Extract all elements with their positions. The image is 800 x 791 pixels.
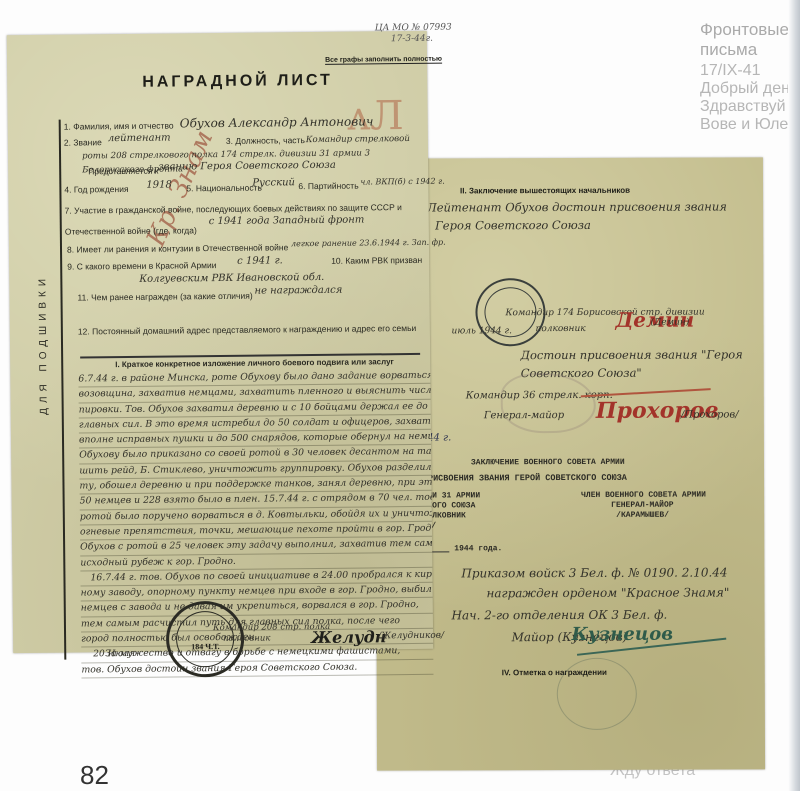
- corps-conclusion-line: Достоин присвоения звания "Героя: [521, 347, 743, 362]
- fill-all-note: Все графы заполнить полностью: [325, 56, 442, 65]
- field-value-presented: званию Героя Советского Союза: [158, 160, 336, 173]
- field-label-birth-year: 4. Год рождения: [64, 184, 128, 195]
- army-council-member-line: ЧЛЕН ВОЕННОГО СОВЕТА АРМИИ: [581, 491, 706, 500]
- stamp-text: 184 Ч.Т.: [191, 642, 219, 651]
- binding-label: ДЛЯ ПОДШИВКИ: [37, 274, 49, 415]
- division-date: июль 1944 г.: [452, 326, 512, 336]
- section-2-title: II. Заключение вышестоящих начальников: [460, 186, 630, 196]
- order-line: Приказом войск 3 Бел. ф. № 0190. 2.10.44: [461, 565, 727, 580]
- background-line: Вове и Юле. Всем привет: [700, 116, 800, 134]
- field-value-army-since: с 1941 г.: [237, 255, 283, 266]
- field-label-nationality: 5. Национальность: [186, 183, 262, 194]
- background-line: Здравствуй папа, мама, пишу: [700, 98, 800, 116]
- faded-stamp: [557, 658, 637, 730]
- field-label-prior-awards: 11. Чем ранее награжден (за какие отличи…: [77, 291, 252, 303]
- field-value-nationality: Русский: [252, 177, 295, 188]
- award-sheet-front-page: ДЛЯ ПОДШИВКИ ЦА МО № 07993 17-3-44г. Все…: [7, 31, 433, 653]
- order-line: Нач. 2-го отделения ОК 3 Бел. ф.: [452, 608, 668, 623]
- page-number: 82: [80, 760, 109, 791]
- field-label-presented: Представляется к: [88, 166, 158, 177]
- corps-commander-rank: Генерал-майор: [484, 410, 564, 421]
- field-value-prior-awards: не награждался: [254, 285, 342, 297]
- archive-note: ЦА МО № 07993 17-3-44г.: [375, 23, 452, 46]
- order-signature: Кузнецов: [572, 624, 674, 645]
- background-line: 17/IX-41: [700, 62, 760, 80]
- army-council-title: ЗАКЛЮЧЕНИЕ ВОЕННОГО СОВЕТА АРМИИ: [471, 458, 625, 468]
- archive-date: 17-3-44г.: [375, 34, 452, 46]
- field-value-fio: Обухов Александр Антонович: [180, 114, 374, 130]
- field-value-rvk: Колгуевским РВК Ивановской обл.: [139, 272, 324, 285]
- page-edge: [788, 0, 800, 791]
- division-commander-rank: полковник: [536, 324, 586, 334]
- conclusion-line: Героя Советского Союза: [435, 218, 591, 233]
- corps-commander-name: /Прохоров/: [681, 409, 739, 420]
- regiment-commander-signature: Желудн: [311, 627, 386, 647]
- field-value-war-participation: с 1941 года Западный фронт: [209, 214, 365, 227]
- regiment-commander-rank: полковник: [223, 633, 270, 643]
- order-line: награжден орденом "Красное Знамя": [486, 585, 729, 600]
- conclusion-line: Лейтенант Обухов достоин присвоения зван…: [427, 199, 727, 214]
- army-council-member-name: /КАРАМЫШЕВ/: [616, 511, 669, 520]
- background-line: Добрый день! Отвечаю: [700, 80, 800, 98]
- division-commander-name: (Демин): [650, 318, 689, 328]
- signature-date: 20 Июля: [93, 649, 135, 659]
- field-label-fio: 1. Фамилия, имя и отчество: [64, 120, 174, 131]
- field-value-birth-year: 1918: [146, 179, 172, 190]
- document-title: НАГРАДНОЙ ЛИСТ: [142, 72, 333, 92]
- field-label-home-address: 12. Постоянный домашний адрес представля…: [78, 323, 416, 337]
- field-value-party: чл. ВКП(б) с 1942 г.: [360, 177, 444, 187]
- field-label-party: 6. Партийность: [298, 181, 358, 192]
- archive-number: ЦА МО № 07993: [375, 23, 452, 35]
- award-sheet-back-page: II. Заключение вышестоящих начальников Л…: [375, 157, 765, 770]
- field-value-wounds: легкое ранение 23.6.1944 г. Зап. фр.: [291, 238, 446, 249]
- section-1-title: I. Краткое конкретное изложение личного …: [115, 357, 394, 369]
- field-label-rvk: 10. Каким РВК призван: [331, 255, 422, 266]
- faded-stamp: [501, 373, 596, 433]
- regiment-commander-name: /Желудников/: [378, 631, 444, 642]
- field-label-wounds: 8. Имеет ли ранения и контузии в Отечест…: [67, 242, 288, 254]
- field-label-army-since: 9. С какого времени в Красной Армии: [67, 260, 216, 272]
- background-heading: Фронтовые письма: [700, 20, 800, 60]
- year-line: 1944 года.: [454, 544, 502, 553]
- army-council-member-line: ГЕНЕРАЛ-МАЙОР: [611, 501, 673, 510]
